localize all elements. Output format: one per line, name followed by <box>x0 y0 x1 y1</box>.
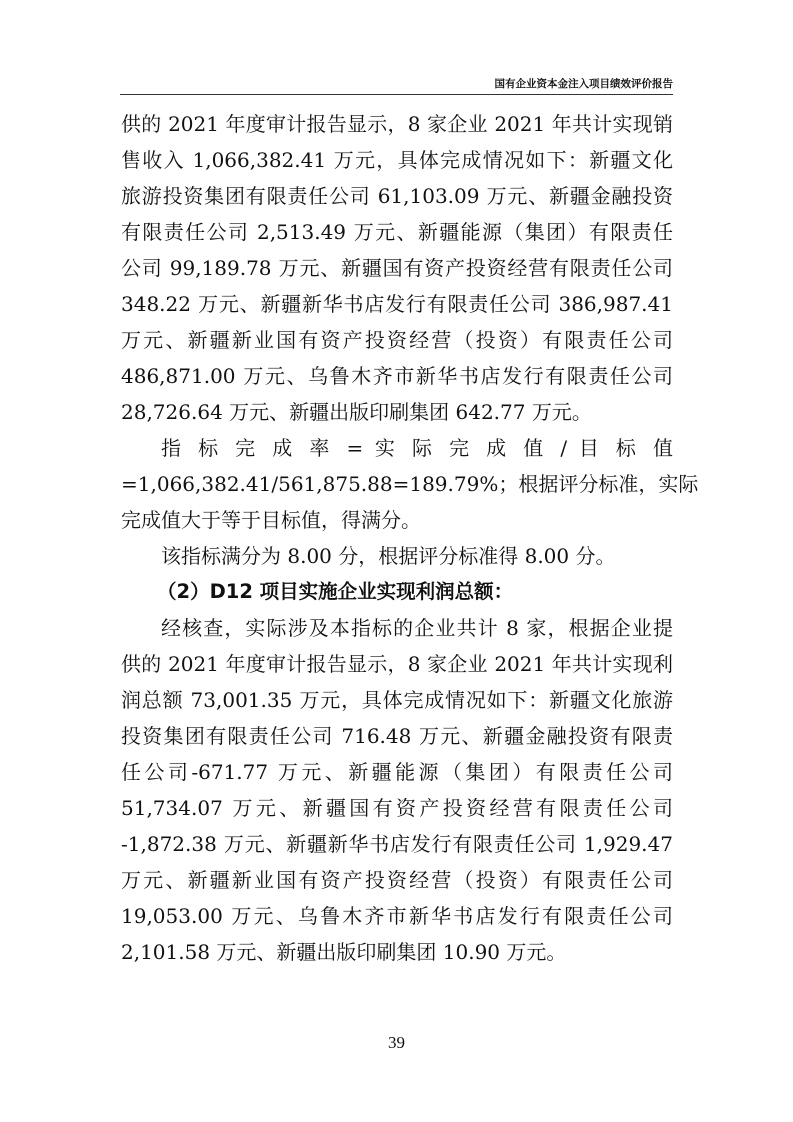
paragraph-line: 任公司-671.77 万元、新疆能源（集团）有限责任公司 <box>121 754 673 790</box>
paragraph-line: 投资集团有限责任公司 716.48 万元、新疆金融投资有限责 <box>121 718 673 754</box>
document-page: 国有企业资本金注入项目绩效评价报告 供的 2021 年度审计报告显示，8 家企业… <box>0 0 793 1122</box>
paragraph-line: 供的 2021 年度审计报告显示，8 家企业 2021 年共计实现销 <box>121 106 673 142</box>
paragraph-line: 供的 2021 年度审计报告显示，8 家企业 2021 年共计实现利 <box>121 646 673 682</box>
page-number: 39 <box>0 1033 793 1053</box>
paragraph-line: 万元、新疆新业国有资产投资经营（投资）有限责任公司 <box>121 862 673 898</box>
section-heading: （2）D12 项目实施企业实现利润总额： <box>121 574 673 610</box>
paragraph-line: 348.22 万元、新疆新华书店发行有限责任公司 386,987.41 <box>121 286 673 322</box>
paragraph-line: 完成值大于等于目标值，得满分。 <box>121 502 673 538</box>
document-body: 供的 2021 年度审计报告显示，8 家企业 2021 年共计实现销 售收入 1… <box>121 106 673 970</box>
paragraph-line: 售收入 1,066,382.41 万元，具体完成情况如下：新疆文化 <box>121 142 673 178</box>
paragraph-line: 28,726.64 万元、新疆出版印刷集团 642.77 万元。 <box>121 394 673 430</box>
paragraph-line: 旅游投资集团有限责任公司 61,103.09 万元、新疆金融投资 <box>121 178 673 214</box>
paragraph-line: -1,872.38 万元、新疆新华书店发行有限责任公司 1,929.47 <box>121 826 673 862</box>
formula-line: 指 标 完 成 率 = 实 际 完 成 值 / 目 标 值 <box>121 430 673 466</box>
paragraph-line: 486,871.00 万元、乌鲁木齐市新华书店发行有限责任公司 <box>121 358 673 394</box>
paragraph-line: 51,734.07 万元、新疆国有资产投资经营有限责任公司 <box>121 790 673 826</box>
paragraph-line: 经核查，实际涉及本指标的企业共计 8 家，根据企业提 <box>121 610 673 646</box>
paragraph-line: 公司 99,189.78 万元、新疆国有资产投资经营有限责任公司 <box>121 250 673 286</box>
paragraph-line: 2,101.58 万元、新疆出版印刷集团 10.90 万元。 <box>121 934 673 970</box>
header-divider <box>120 94 673 95</box>
paragraph-line: 19,053.00 万元、乌鲁木齐市新华书店发行有限责任公司 <box>121 898 673 934</box>
paragraph-line: 万元、新疆新业国有资产投资经营（投资）有限责任公司 <box>121 322 673 358</box>
running-header: 国有企业资本金注入项目绩效评价报告 <box>120 74 673 94</box>
formula-line: =1,066,382.41/561,875.88=189.79%；根据评分标准，… <box>121 466 673 502</box>
paragraph-line: 润总额 73,001.35 万元，具体完成情况如下：新疆文化旅游 <box>121 682 673 718</box>
paragraph-line: 有限责任公司 2,513.49 万元、新疆能源（集团）有限责任 <box>121 214 673 250</box>
score-line: 该指标满分为 8.00 分，根据评分标准得 8.00 分。 <box>121 538 673 574</box>
